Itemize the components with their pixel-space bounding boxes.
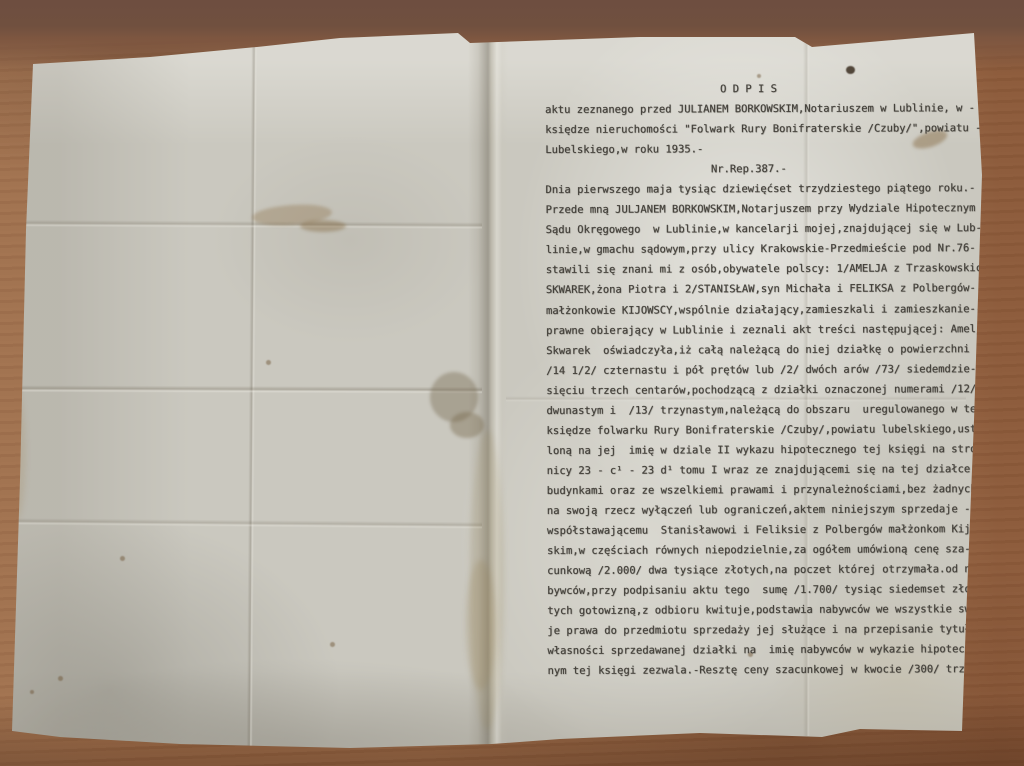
folded-paper-document: O D P I Saktu zeznanego przed JULIANEM B… [0, 0, 1024, 766]
document-line: O D P I S [545, 78, 997, 100]
speckle [266, 360, 271, 365]
document-line: księdze folwarku Rury Bonifraterskie /Cz… [546, 419, 998, 441]
document-line: skim,w częściach równych niepodzielnie,z… [547, 539, 999, 561]
document-line: prawne obierający w Lublinie i zeznali a… [546, 319, 998, 341]
document-line: Nr.Rep.387.- [545, 158, 997, 180]
document-line: Lubelskiego,w roku 1935.- [545, 138, 997, 160]
speckle [30, 690, 34, 694]
document-line: dwunastym i /13/ trzynastym,należącą do … [546, 399, 998, 421]
vertical-fold-crease-center [468, 32, 508, 746]
document-line: księdze nieruchomości "Folwark Rury Boni… [545, 118, 997, 140]
speckle [757, 74, 761, 78]
document-line: własności sprzedawanej działki na imię n… [547, 639, 999, 661]
document-line: budynkami oraz ze wszelkiemi prawami i p… [547, 479, 999, 501]
document-line: sięciu trzech centarów,pochodzącą z dzia… [546, 379, 998, 401]
stain [470, 430, 504, 730]
document-line: Sądu Okręgowego w Lublinie,w kancelarji … [546, 218, 998, 240]
document-line: Dnia pierwszego maja tysiąc dziewięćset … [545, 178, 997, 200]
photo-of-document-on-table: O D P I Saktu zeznanego przed JULIANEM B… [0, 0, 1024, 766]
stain [430, 372, 478, 422]
document-line: współstawającemu Stanisławowi i Feliksie… [547, 519, 999, 541]
stain [450, 412, 484, 438]
document-line: nicy 23 - c¹ - 23 d¹ tomu I wraz ze znaj… [547, 459, 999, 481]
document-line: Przede mną JULJANEM BORKOWSKIM,Notarjusz… [546, 198, 998, 220]
document-line: tych gotowizną,z odbioru kwituje,podstaw… [547, 599, 999, 621]
document-line: SKWAREK,żona Piotra i 2/STANISŁAW,syn Mi… [546, 278, 998, 300]
document-line: cunkową /2.000/ dwa tysiące złotych,na p… [547, 559, 999, 581]
stain [466, 560, 496, 690]
stain [251, 202, 332, 228]
vertical-fold-crease-left [247, 46, 258, 748]
horizontal-fold-crease-upper [16, 220, 482, 229]
typewritten-text-block: O D P I Saktu zeznanego przed JULIANEM B… [545, 78, 1000, 681]
document-line: stawili się znani mi z osób,obywatele po… [546, 258, 998, 280]
document-line: bywców,przy podpisaniu aktu tego sumę /1… [547, 579, 999, 601]
document-line: nym tej księgi zezwala.-Resztę ceny szac… [548, 659, 1000, 681]
document-line: małżonkowie KIJOWSCY,wspólnie działający… [546, 299, 998, 321]
document-line: loną na jej imię w dziale II wykazu hipo… [547, 439, 999, 461]
document-line: je prawa do przedmiotu sprzedaży jej słu… [547, 619, 999, 641]
speckle [58, 676, 63, 681]
ink-spot [846, 66, 855, 74]
horizontal-fold-crease-lower [14, 518, 482, 529]
document-line: na swoją rzecz wyłączeń lub ograniczeń,a… [547, 499, 999, 521]
stain [8, 390, 26, 520]
speckle [330, 642, 335, 647]
document-line: /14 1/2/ czternastu i pół prętów lub /2/… [546, 359, 998, 381]
document-line: Skwarek oświadczyła,iż całą należącą do … [546, 339, 998, 361]
speckle [120, 556, 125, 561]
document-line: linie,w gmachu sądowym,przy ulicy Krakow… [546, 238, 998, 260]
horizontal-fold-crease-middle [14, 385, 482, 394]
document-line: aktu zeznanego przed JULIANEM BORKOWSKIM… [545, 98, 997, 120]
stain [300, 220, 346, 232]
